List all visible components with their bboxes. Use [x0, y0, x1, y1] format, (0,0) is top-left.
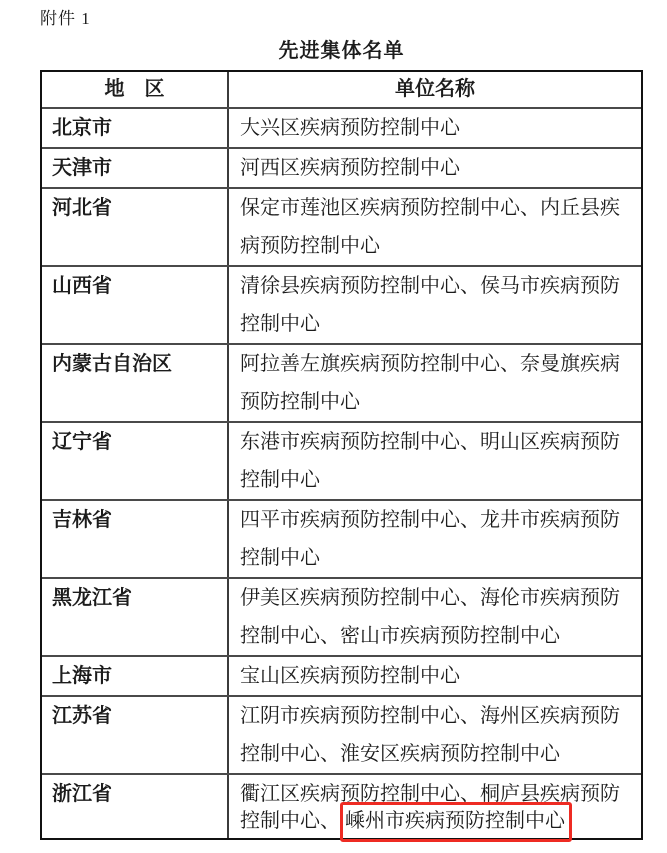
- region-cell: 山西省: [42, 267, 229, 343]
- table-row-jilin: 吉林省 四平市疾病预防控制中心、龙井市疾病预防 控制中心: [42, 499, 641, 577]
- unit-cell: 东港市疾病预防控制中心、明山区疾病预防 控制中心: [229, 423, 641, 499]
- unit-cell: 阿拉善左旗疾病预防控制中心、奈曼旗疾病 预防控制中心: [229, 345, 641, 421]
- table-row-tianjin: 天津市 河西区疾病预防控制中心: [42, 147, 641, 187]
- table-row-shanxi: 山西省 清徐县疾病预防控制中心、侯马市疾病预防 控制中心: [42, 265, 641, 343]
- region-cell: 内蒙古自治区: [42, 345, 229, 421]
- unit-cell: 衢江区疾病预防控制中心、桐庐县疾病预防 控制中心、嵊州市疾病预防控制中心: [229, 775, 641, 838]
- unit-cell: 四平市疾病预防控制中心、龙井市疾病预防 控制中心: [229, 501, 641, 577]
- table-row-beijing: 北京市 大兴区疾病预防控制中心: [42, 107, 641, 147]
- table-row-neimenggu: 内蒙古自治区 阿拉善左旗疾病预防控制中心、奈曼旗疾病 预防控制中心: [42, 343, 641, 421]
- region-cell: 吉林省: [42, 501, 229, 577]
- unit-cell: 宝山区疾病预防控制中心: [229, 657, 641, 695]
- region-cell: 河北省: [42, 189, 229, 265]
- table-row-liaoning: 辽宁省 东港市疾病预防控制中心、明山区疾病预防 控制中心: [42, 421, 641, 499]
- document-page: 附件 1 先进集体名单 地 区 单位名称 北京市 大兴区疾病预防控制中心 天津市…: [0, 0, 667, 853]
- unit-cell: 保定市莲池区疾病预防控制中心、内丘县疾 病预防控制中心: [229, 189, 641, 265]
- unit-cell: 伊美区疾病预防控制中心、海伦市疾病预防 控制中心、密山市疾病预防控制中心: [229, 579, 641, 655]
- advanced-collectives-table: 地 区 单位名称 北京市 大兴区疾病预防控制中心 天津市 河西区疾病预防控制中心…: [40, 70, 643, 840]
- unit-cell: 大兴区疾病预防控制中心: [229, 109, 641, 147]
- highlighted-unit: 嵊州市疾病预防控制中心: [345, 810, 565, 832]
- region-cell: 天津市: [42, 149, 229, 187]
- region-cell: 浙江省: [42, 775, 229, 838]
- header-region: 地 区: [42, 72, 229, 107]
- region-cell: 北京市: [42, 109, 229, 147]
- attachment-label: 附件 1: [40, 8, 643, 30]
- unit-cell: 清徐县疾病预防控制中心、侯马市疾病预防 控制中心: [229, 267, 641, 343]
- table-header-row: 地 区 单位名称: [42, 72, 641, 107]
- unit-cell: 江阴市疾病预防控制中心、海州区疾病预防 控制中心、淮安区疾病预防控制中心: [229, 697, 641, 773]
- region-cell: 江苏省: [42, 697, 229, 773]
- region-cell: 黑龙江省: [42, 579, 229, 655]
- unit-cell: 河西区疾病预防控制中心: [229, 149, 641, 187]
- table-row-jiangsu: 江苏省 江阴市疾病预防控制中心、海州区疾病预防 控制中心、淮安区疾病预防控制中心: [42, 695, 641, 773]
- header-unit-name: 单位名称: [229, 72, 641, 107]
- table-row-zhejiang: 浙江省 衢江区疾病预防控制中心、桐庐县疾病预防 控制中心、嵊州市疾病预防控制中心: [42, 773, 641, 838]
- table-row-hebei: 河北省 保定市莲池区疾病预防控制中心、内丘县疾 病预防控制中心: [42, 187, 641, 265]
- red-highlight-box: 嵊州市疾病预防控制中心: [340, 802, 572, 842]
- document-title: 先进集体名单: [40, 39, 643, 63]
- table-row-heilongjiang: 黑龙江省 伊美区疾病预防控制中心、海伦市疾病预防 控制中心、密山市疾病预防控制中…: [42, 577, 641, 655]
- region-cell: 上海市: [42, 657, 229, 695]
- table-row-shanghai: 上海市 宝山区疾病预防控制中心: [42, 655, 641, 695]
- region-cell: 辽宁省: [42, 423, 229, 499]
